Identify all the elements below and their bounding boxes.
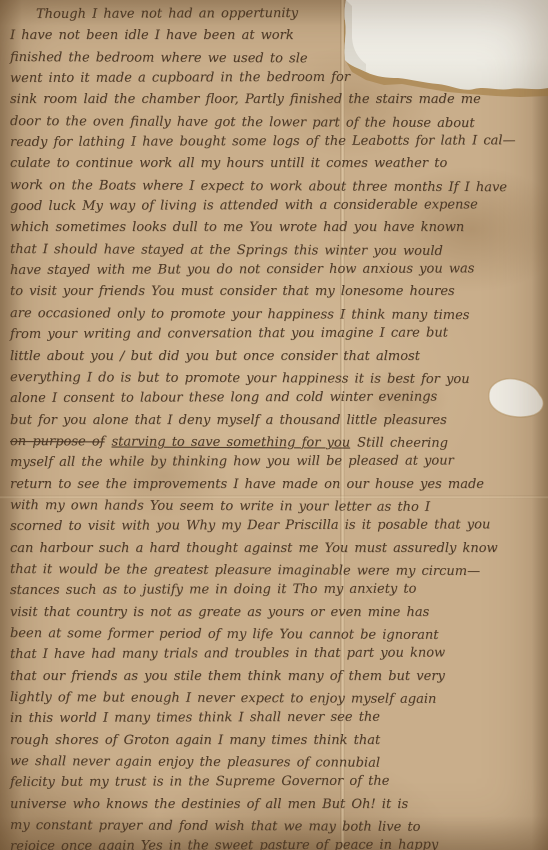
struck-text: on purpose of [10,434,105,449]
letter-line: can harbour such a hard thought against … [10,538,546,559]
letter-line: rejoice once again Yes in the sweet past… [10,835,546,850]
letter-line: return to see the improvements I have ma… [10,474,546,495]
letter-line: that our friends as you stile them think… [10,666,546,687]
letter-line: universe who knows the destinies of all … [10,794,546,815]
letter-line: I have not been idle I have been at work [10,25,546,46]
letter-line: in this world I many times think I shall… [10,706,546,729]
line-rest: Still cheering [357,435,448,450]
letter-line: from your writing and conversation that … [10,322,546,345]
letter-line: to visit your friends You must consider … [10,281,546,302]
underlined-text: starving to save something for you [111,434,350,450]
letter-line: scorned to visit with you Why my Dear Pr… [10,514,546,537]
letter-line: Though I have not had an oppertunity [10,2,546,25]
letter-page: Though I have not had an oppertunity I h… [0,0,548,850]
letter-line: felicity but my trust is in the Supreme … [10,771,546,794]
letter-line: visit that country is not as greate as y… [10,602,546,623]
letter-line: but for you alone that I deny myself a t… [10,410,546,431]
letter-line: good luck My way of living is attended w… [10,194,546,217]
letter-line: which sometimes looks dull to me You wro… [10,217,546,238]
letter-line: went into it made a cupboard in the bedr… [10,66,546,89]
letter-line: little about you / but did you but once … [10,346,546,367]
letter-line: have stayed with me But you do not consi… [10,258,546,281]
letter-line: sink room laid the chamber floor, Partly… [10,89,546,110]
letter-line: myself all the while by thinking how you… [10,450,546,473]
letter-line: stances such as to justify me in doing i… [10,578,546,601]
letter-line: ready for lathing I have bought some log… [10,130,546,153]
letter-line: alone I consent to labour these long and… [10,386,546,409]
letter-line: culate to continue work all my hours unt… [10,153,546,174]
letter-line: rough shores of Groton again I many time… [10,730,546,751]
letter-line: that I have had many trials and troubles… [10,642,546,665]
handwritten-text: Though I have not had an oppertunity I h… [0,0,548,850]
